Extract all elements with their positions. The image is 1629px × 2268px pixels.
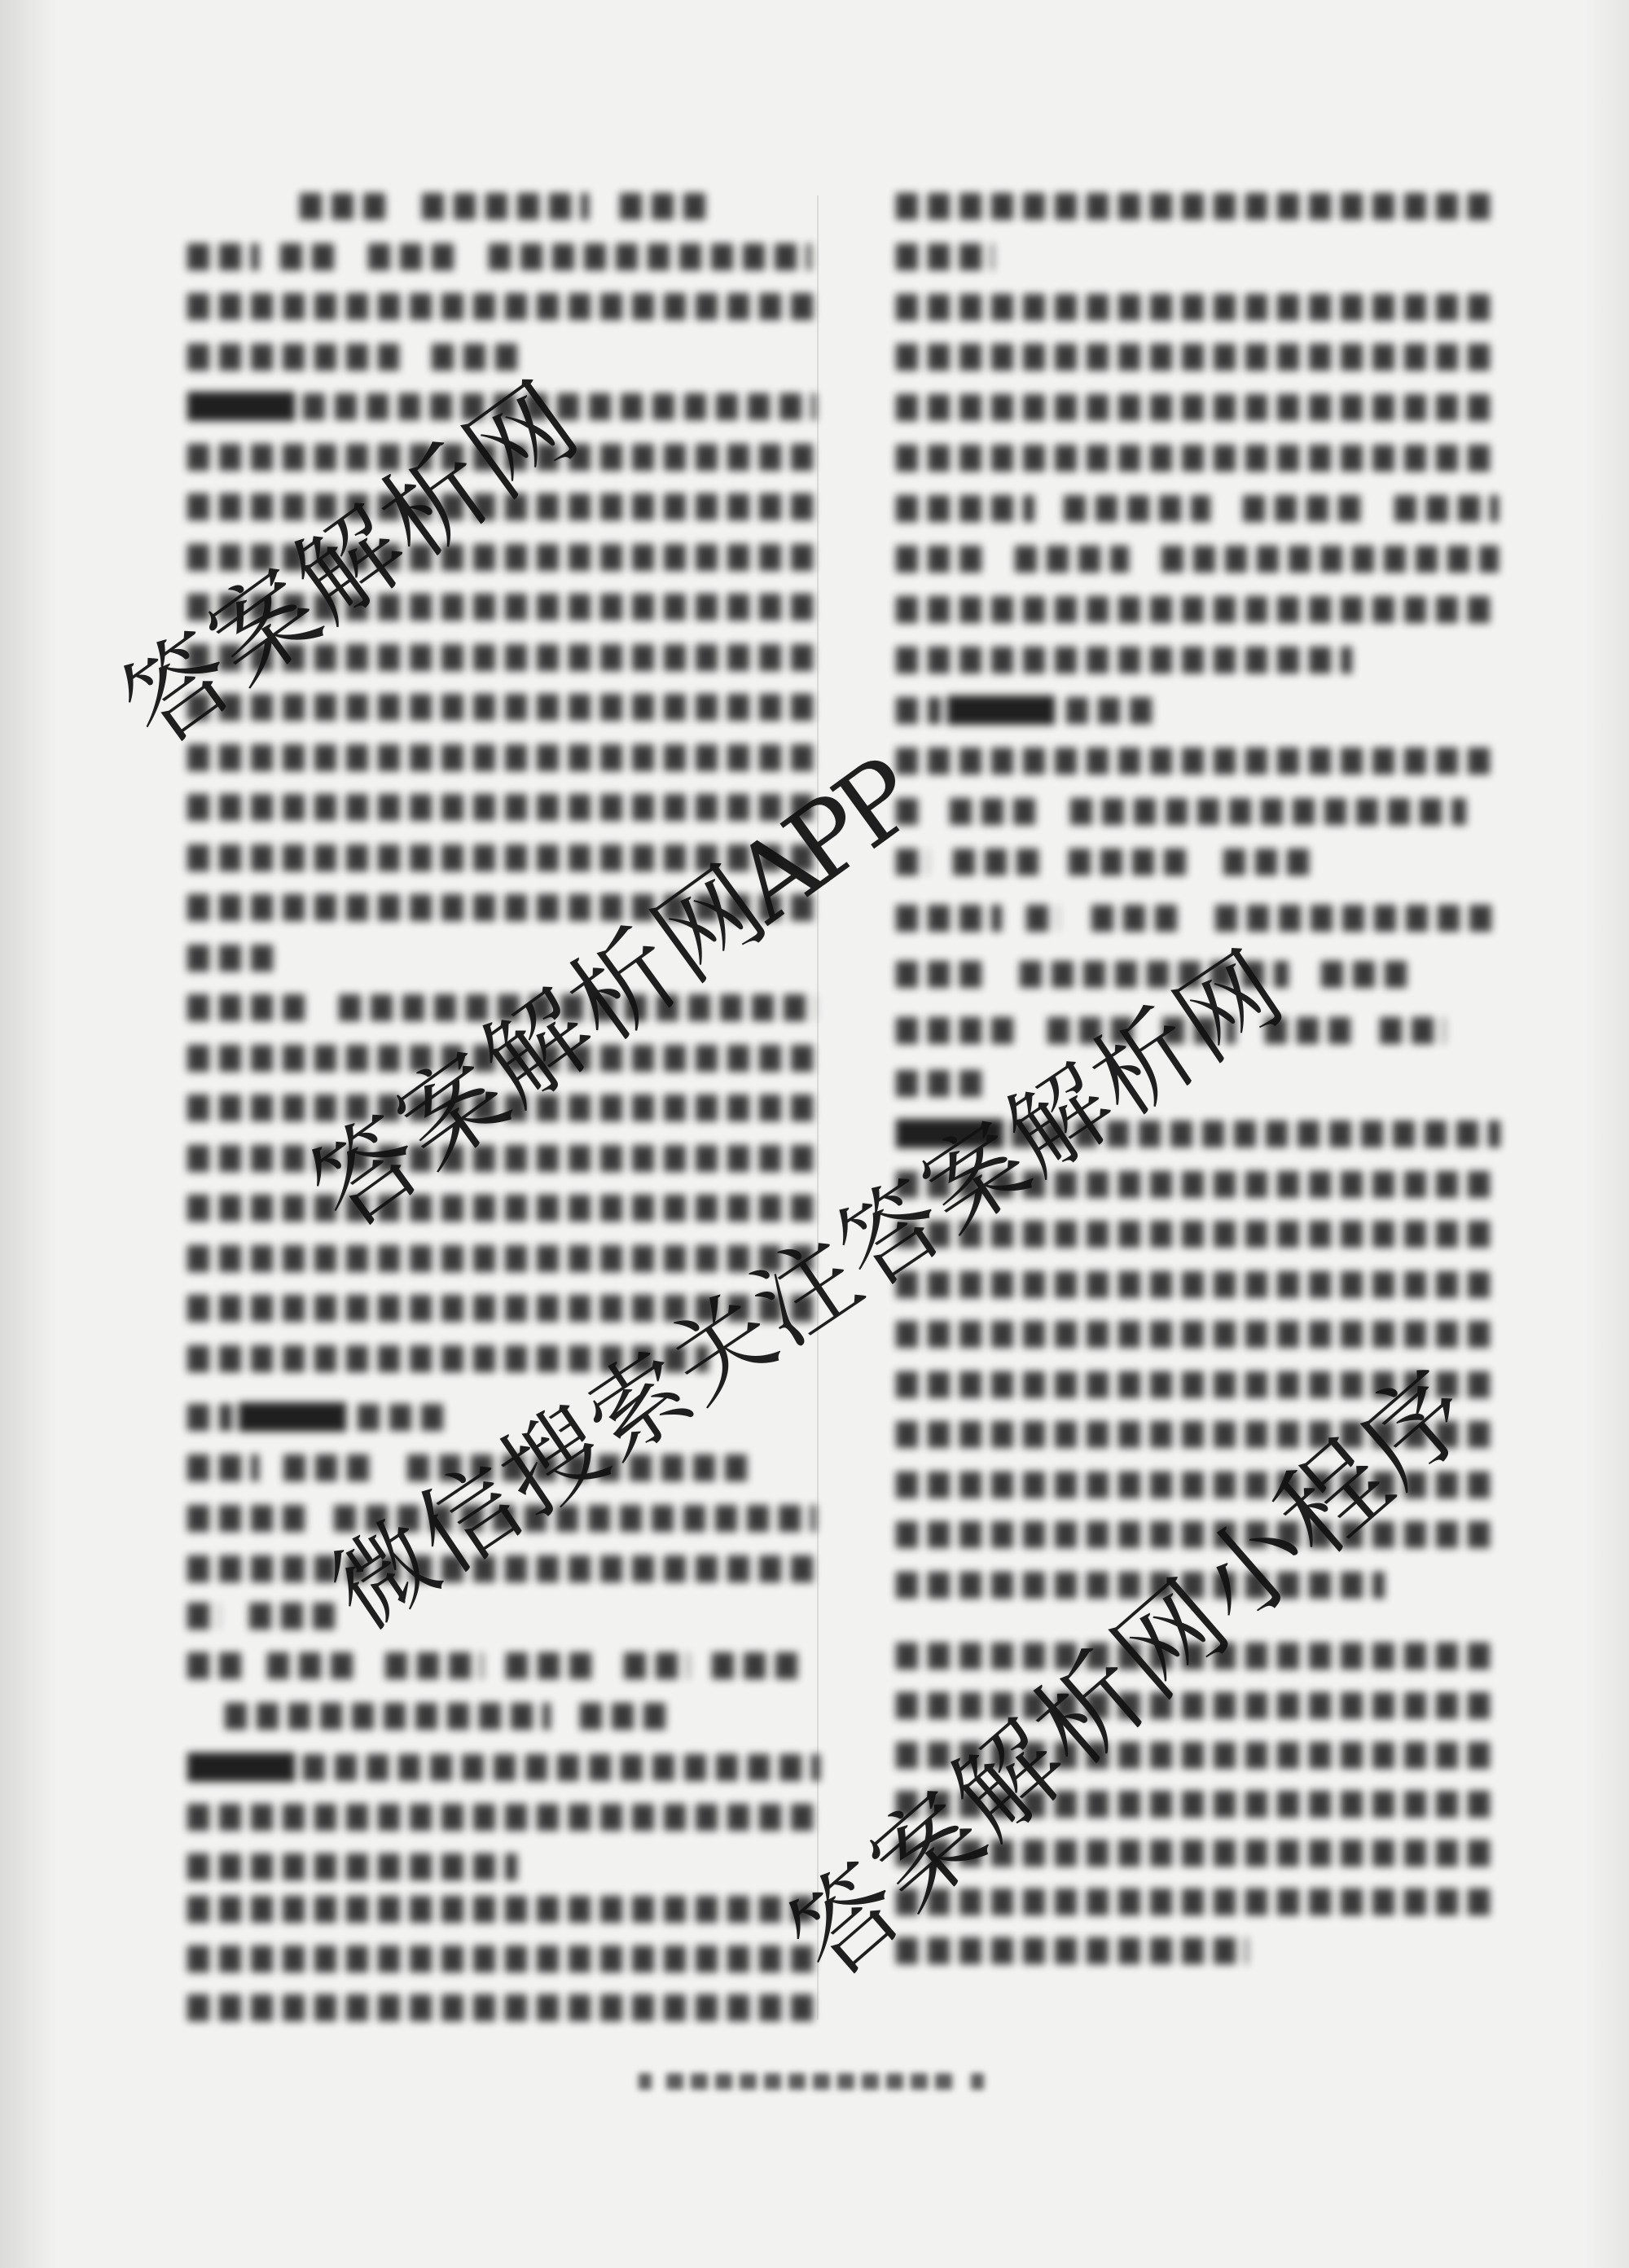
watermark-char: 解 (933, 1704, 1085, 1856)
blurred-text-line (187, 1092, 816, 1123)
blurred-text-line (187, 992, 816, 1023)
blurred-text-run (187, 544, 816, 571)
blurred-text-run (896, 243, 994, 270)
blurred-text-line (187, 1502, 816, 1533)
blurred-text-line (187, 241, 811, 272)
blurred-text-run (187, 1896, 816, 1923)
blurred-text-run (639, 2073, 652, 2090)
blurred-text-run (187, 1505, 310, 1532)
blurred-text-run (896, 1171, 1499, 1198)
blurred-text-line (187, 1650, 797, 1681)
blurred-text-line (896, 1837, 1499, 1868)
blurred-text-line (187, 1851, 517, 1882)
blurred-text-run (896, 961, 987, 988)
blurred-text-run (187, 744, 816, 771)
blurred-text-run (187, 1145, 816, 1172)
blurred-text-run (506, 1652, 591, 1679)
blurred-text-line (896, 1469, 1499, 1500)
blurred-text-line (896, 442, 1499, 473)
page-right-edge-shadow (1584, 0, 1629, 2268)
page-left-edge-shadow (0, 0, 57, 2268)
blurred-text-line (187, 591, 816, 622)
blurred-text-line (896, 959, 1412, 989)
blurred-text-line (896, 1068, 987, 1099)
watermark-char: 案 (191, 555, 340, 703)
blurred-text-line (896, 1169, 1499, 1200)
blurred-text-run (953, 849, 1044, 875)
blurred-text-run (187, 1804, 816, 1831)
blurred-text-line (896, 1935, 1248, 1966)
blurred-text-run (187, 844, 816, 871)
blurred-text-line (896, 1640, 1499, 1671)
blurred-text-run (187, 1404, 232, 1431)
blurred-text-run (896, 1017, 1018, 1044)
blurred-text-run (1265, 1017, 1350, 1044)
blurred-text-run (1161, 546, 1499, 572)
blurred-text-run (896, 546, 986, 572)
bold-marker-run (896, 1119, 1003, 1148)
blurred-text-line (187, 391, 816, 422)
blurred-text-run (187, 1603, 220, 1630)
blurred-text-line (896, 1218, 1499, 1249)
blurred-text-run (187, 1295, 816, 1322)
blurred-text-line (187, 1752, 820, 1783)
blurred-text-run (896, 1472, 1499, 1498)
blurred-text-run (368, 243, 459, 270)
blurred-text-line (187, 842, 816, 873)
blurred-text-run (624, 1652, 689, 1679)
blurred-text-run (267, 1652, 353, 1679)
blurred-text-line (187, 691, 816, 722)
blurred-text-line (187, 942, 281, 973)
bold-marker-run (239, 1402, 346, 1432)
blurred-text-line (187, 792, 816, 823)
blurred-text-run (950, 798, 1041, 825)
blurred-text-run (187, 994, 310, 1021)
blurred-text-line (187, 291, 816, 322)
blurred-text-line (896, 493, 1499, 524)
blurred-text-line (896, 846, 1315, 877)
blurred-text-run (187, 1095, 816, 1121)
blurred-text-run (1026, 905, 1059, 932)
blurred-text-line (187, 441, 816, 472)
blurred-text-line (896, 1269, 1499, 1300)
blurred-text-run (896, 697, 941, 724)
blurred-text-run (896, 344, 1499, 371)
blurred-text-run (1243, 495, 1365, 522)
blurred-text-run (896, 905, 1002, 932)
blurred-text-run (225, 1703, 551, 1730)
blurred-text-run (1223, 849, 1315, 875)
blurred-text-run (896, 1321, 1499, 1348)
blurred-text-run (896, 1742, 1499, 1769)
blurred-text-line (896, 392, 1499, 423)
blurred-text-run (896, 1521, 1499, 1548)
blurred-text-run (407, 1454, 749, 1481)
blurred-text-line (896, 1788, 1499, 1819)
blurred-text-line (896, 543, 1499, 574)
blurred-text-run (1394, 495, 1499, 522)
blurred-text-run (187, 945, 281, 972)
blurred-text-line (896, 341, 1499, 372)
footer-text (639, 2071, 984, 2092)
blurred-text-line (187, 1292, 816, 1323)
blurred-text-line (187, 1452, 749, 1483)
blurred-text-run (187, 794, 816, 821)
blurred-text-line (896, 902, 1492, 933)
blurred-text-run (187, 694, 816, 721)
blurred-text-run (280, 243, 339, 270)
blurred-text-run (283, 1454, 375, 1481)
blurred-text-run (187, 1555, 816, 1582)
blurred-text-line (896, 1015, 1445, 1046)
blurred-text-run (187, 494, 816, 520)
blurred-text-run (896, 1221, 1499, 1248)
blurred-text-run (1020, 961, 1289, 988)
column-divider (817, 195, 819, 2020)
blurred-text-run (896, 1889, 1499, 1915)
blurred-text-line (896, 1739, 1499, 1770)
blurred-text-run (1064, 495, 1210, 522)
blurred-text-line (225, 1700, 665, 1731)
blurred-text-run (339, 994, 816, 1021)
blurred-text-line (896, 745, 1499, 776)
blurred-text-run (896, 1421, 1499, 1448)
blurred-text-run (896, 798, 925, 825)
blurred-text-run (187, 444, 816, 471)
blurred-text-line (187, 1042, 816, 1073)
blurred-text-run (896, 1572, 1385, 1599)
blurred-text-run (712, 1652, 797, 1679)
blurred-text-run (1215, 905, 1492, 932)
blurred-text-run (303, 393, 816, 420)
blurred-text-line (187, 341, 523, 372)
blurred-text-run (422, 193, 589, 220)
blurred-text-run (896, 1937, 1248, 1964)
bold-marker-run (947, 695, 1055, 725)
blurred-text-run (489, 243, 811, 270)
blurred-text-line (187, 1192, 816, 1223)
blurred-text-run (187, 1652, 244, 1679)
blurred-text-line (187, 542, 816, 572)
blurred-text-line (187, 1992, 816, 2023)
blurred-text-run (896, 1271, 1499, 1298)
blurred-text-run (187, 243, 259, 270)
blurred-text-line (187, 642, 816, 673)
blurred-text-line (896, 1690, 1499, 1721)
blurred-text-line (187, 1801, 816, 1832)
blurred-text-run (303, 1754, 820, 1781)
blurred-text-line (896, 644, 1352, 675)
blurred-text-run (1380, 1017, 1445, 1044)
blurred-text-run (187, 594, 816, 621)
blurred-text-run (1069, 849, 1191, 875)
watermark-char: 网 (1158, 936, 1300, 1077)
blurred-text-run (896, 394, 1499, 421)
blurred-text-run (896, 849, 929, 875)
blurred-text-line (896, 796, 1466, 827)
blurred-text-line (896, 292, 1499, 322)
blurred-text-line (187, 1943, 816, 1974)
blurred-text-run (1091, 905, 1183, 932)
blurred-text-run (187, 1245, 816, 1272)
blurred-text-run (300, 193, 391, 220)
blurred-text-run (187, 293, 816, 320)
blurred-text-line (187, 1243, 816, 1274)
blurred-text-line (187, 1893, 816, 1924)
blurred-text-run (358, 1404, 443, 1431)
blurred-text-run (896, 445, 1499, 472)
blurred-text-line (896, 1419, 1499, 1450)
blurred-text-line (187, 892, 816, 923)
bold-marker-run (187, 392, 295, 421)
blurred-text-run (620, 193, 711, 220)
blurred-text-line (896, 1318, 1499, 1349)
bold-marker-run (187, 1753, 295, 1782)
blurred-text-run (187, 1853, 517, 1880)
blurred-text-run (896, 495, 1034, 522)
blurred-text-run (187, 1045, 816, 1072)
blurred-text-run (896, 1371, 1499, 1398)
blurred-text-run (580, 1703, 665, 1730)
blurred-text-run (187, 644, 816, 671)
blurred-text-line (896, 594, 1499, 625)
blurred-text-run (896, 1840, 1499, 1867)
blurred-text-line (187, 1143, 816, 1173)
blurred-text-run (896, 647, 1352, 673)
blurred-text-run (896, 748, 1499, 774)
blurred-text-run (896, 1791, 1499, 1818)
blurred-text-run (187, 1994, 816, 2021)
blurred-text-run (187, 894, 816, 921)
blurred-text-run (896, 596, 1499, 623)
blurred-text-run (187, 1195, 816, 1222)
blurred-text-line (896, 1118, 1500, 1149)
blurred-text-run (432, 344, 523, 371)
document-page: 答案解析网答案解析网APP微信搜索关注答案解析网答案解析网小程序 (0, 0, 1629, 2268)
blurred-text-line (187, 1600, 340, 1631)
blurred-text-line (896, 241, 994, 272)
blurred-text-line (896, 1369, 1499, 1400)
blurred-text-line (187, 1402, 443, 1432)
blurred-text-line (896, 695, 1152, 726)
blurred-text-run (896, 1070, 987, 1097)
blurred-text-line (187, 491, 816, 522)
blurred-text-run (187, 1454, 259, 1481)
blurred-text-run (1066, 697, 1152, 724)
blurred-text-line (896, 1886, 1499, 1917)
blurred-text-line (896, 1519, 1499, 1550)
blurred-text-run (896, 1643, 1499, 1669)
blurred-text-line (187, 742, 816, 773)
blurred-text-line (187, 1343, 709, 1374)
blurred-text-run (971, 2073, 984, 2090)
blurred-text-run (1012, 1121, 1500, 1147)
blurred-text-run (1015, 546, 1129, 572)
blurred-text-line (300, 191, 711, 222)
blurred-text-run (334, 1505, 816, 1532)
blurred-text-line (187, 1553, 816, 1584)
blurred-text-run (385, 1652, 483, 1679)
blurred-text-run (896, 294, 1499, 321)
blurred-text-run (1321, 961, 1412, 988)
blurred-text-run (187, 344, 399, 371)
watermark-char: 网 (636, 851, 784, 999)
watermark-char: 注 (736, 1221, 878, 1362)
blurred-text-run (1070, 798, 1466, 825)
blurred-text-run (1162, 1017, 1236, 1044)
blurred-text-line (896, 191, 1499, 222)
blurred-text-run (249, 1603, 340, 1630)
blurred-text-line (896, 1569, 1385, 1600)
blurred-text-run (896, 1692, 1499, 1719)
watermark-char: 析 (551, 914, 699, 1062)
blurred-text-run (187, 1946, 816, 1972)
blurred-text-run (1047, 1017, 1133, 1044)
blurred-text-run (896, 193, 1499, 220)
blurred-text-run (187, 1345, 709, 1372)
blurred-text-run (666, 2073, 956, 2090)
